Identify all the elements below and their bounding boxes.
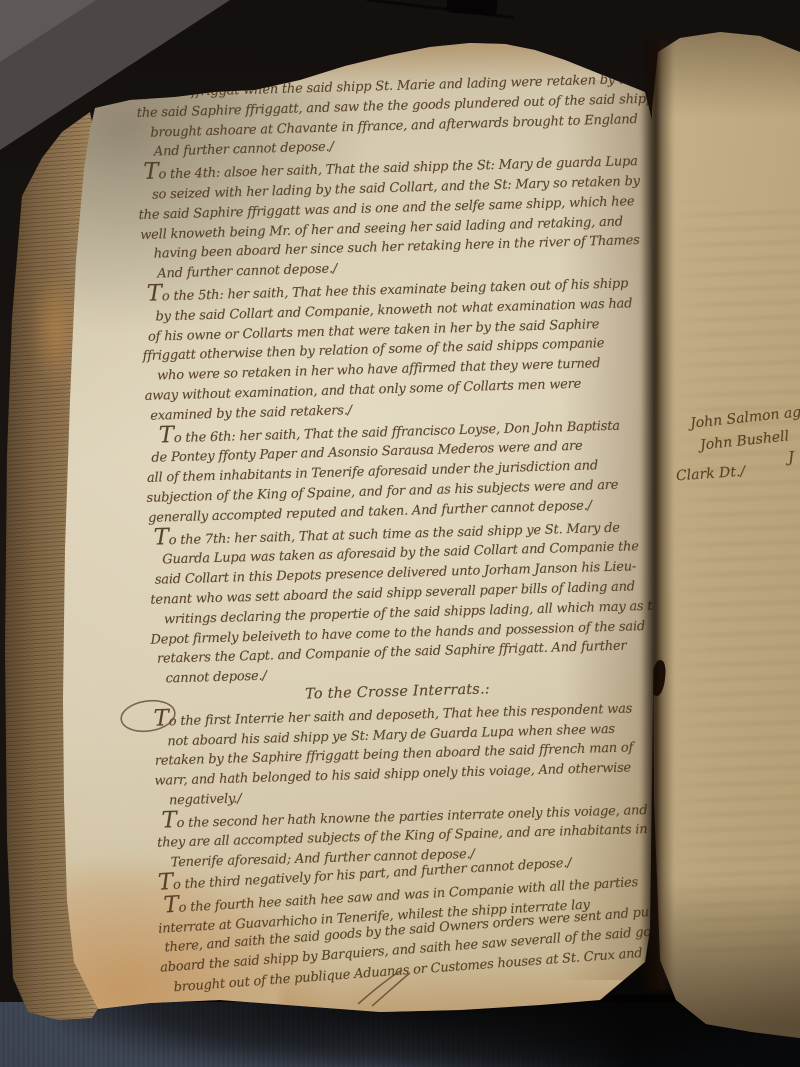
- manuscript-text: ffrench ffriggat when the said shipp St.…: [136, 69, 691, 998]
- margin-note-initial: J: [787, 448, 794, 466]
- gutter-shadow: [640, 40, 674, 990]
- pen-flourish: [348, 968, 420, 1010]
- book-clamp: [446, 0, 497, 16]
- right-page-bleedthrough: [672, 200, 800, 960]
- manuscript-book-photo: John Salmon ag John Bushell Clark Dt./ J…: [0, 0, 800, 1067]
